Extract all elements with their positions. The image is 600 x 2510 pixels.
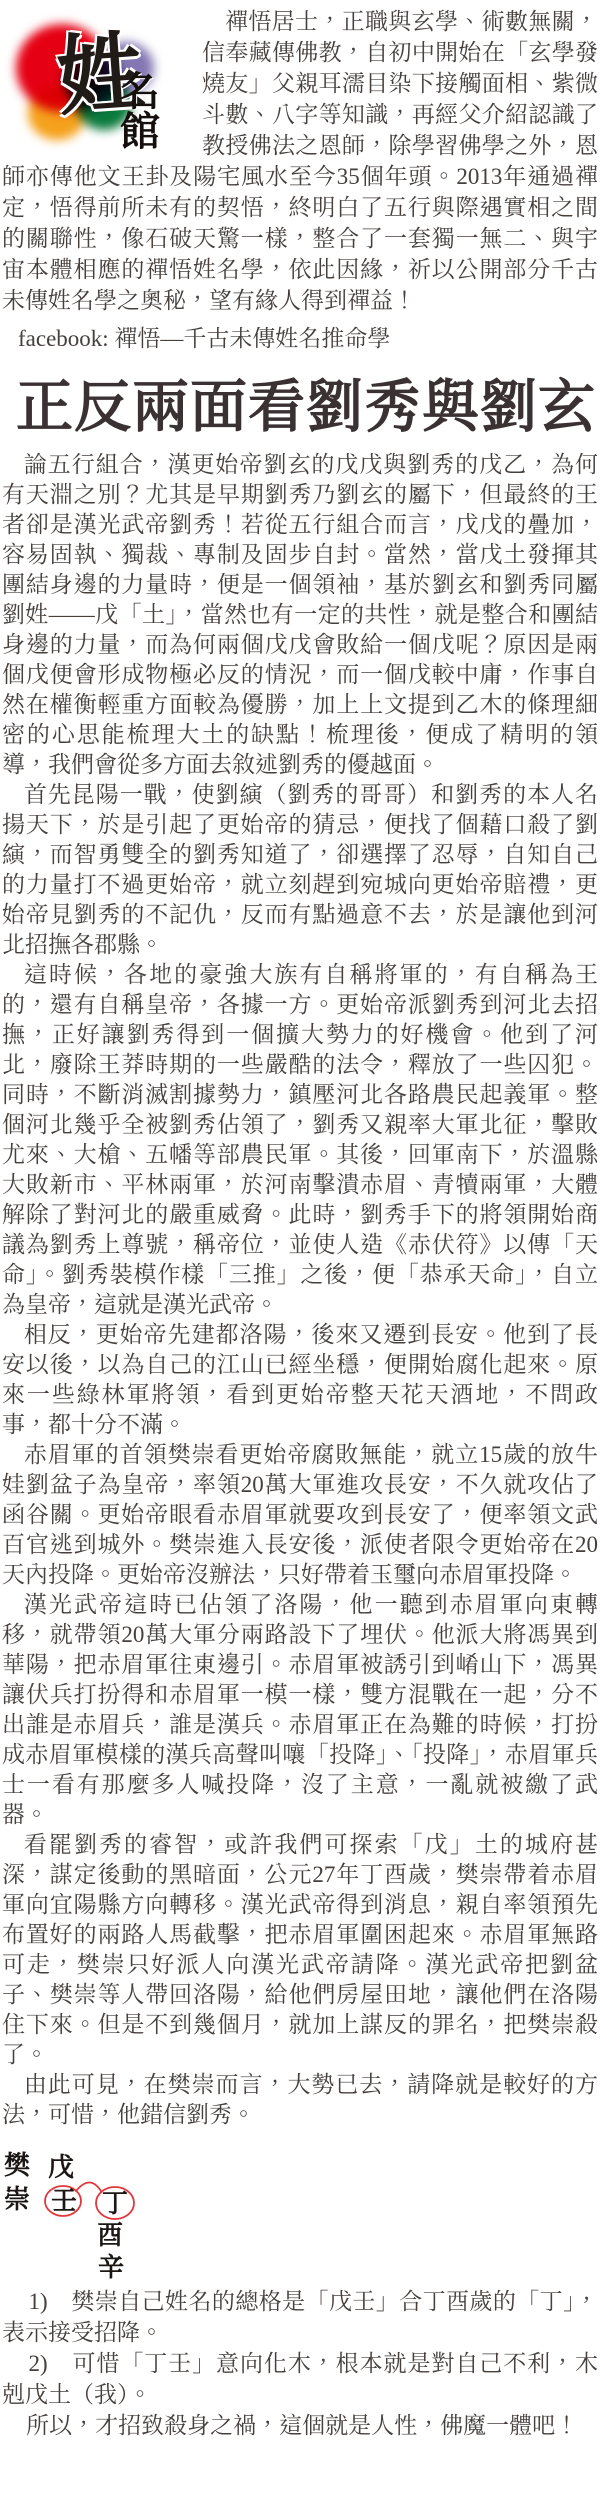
article-paragraph: 論五行組合，漢更始帝劉玄的戊戊與劉秀的戊乙，為何有天淵之別？尤其是早期劉秀乃劉玄… xyxy=(2,450,598,780)
logo-secondary-characters: 名館 xyxy=(120,72,194,152)
analysis-notes: 1) 樊崇自己姓名的總格是「戊壬」合丁酉歲的「丁」，表示接受招降。 2) 可惜「… xyxy=(2,2286,598,2441)
article-page: 姓 名館 禪悟居士，正職與玄學、術數無關，信奉藏傳佛教，自初中開始在「玄學發燒友… xyxy=(0,0,600,2451)
site-logo: 姓 名館 xyxy=(2,10,194,158)
diagram-hidden-stem-xin: 辛 xyxy=(98,2254,124,2280)
note-1: 1) 樊崇自己姓名的總格是「戊壬」合丁酉歲的「丁」，表示接受招降。 xyxy=(2,2286,598,2348)
closing-remark: 所以，才招致殺身之禍，這個就是人性，佛魔一體吧！ xyxy=(2,2410,598,2441)
article-paragraph: 這時候，各地的豪強大族有自稱將軍的，有自稱為王的，還有自稱皇帝，各據一方。更始帝… xyxy=(2,960,598,1320)
article-paragraph: 漢光武帝這時已佔領了洛陽，他一聽到赤眉軍向東轉移，就帶領20萬大軍分兩路設下了埋… xyxy=(2,1590,598,1830)
article-paragraph: 相反，更始帝先建都洛陽，後來又遷到長安。他到了長安以後，以為自己的江山已經坐穩，… xyxy=(2,1320,598,1440)
article-paragraph: 首先昆陽一戰，使劉縯（劉秀的哥哥）和劉秀的本人名揚天下，於是引起了更始帝的猜忌，… xyxy=(2,780,598,960)
article-paragraph: 看罷劉秀的睿智，或許我們可探索「戊」土的城府甚深，謀定後動的黑暗面，公元27年丁… xyxy=(2,1830,598,2070)
diagram-surname-char-2: 崇 xyxy=(4,2186,30,2212)
diagram-stem-wu: 戊 xyxy=(48,2154,74,2180)
diagram-stem-ding-circled: 丁 xyxy=(102,2190,128,2216)
article-title: 正反兩面看劉秀與劉玄 xyxy=(2,370,598,444)
facebook-line: facebook: 禪悟—千古未傳姓名推命學 xyxy=(2,324,598,354)
page-header: 姓 名館 禪悟居士，正職與玄學、術數無關，信奉藏傳佛教，自初中開始在「玄學發燒友… xyxy=(2,6,598,354)
bazi-name-diagram: 樊 崇 戊 壬 丁 酉 辛 xyxy=(2,2144,598,2286)
article-paragraph: 由此可見，在樊崇而言，大勢已去，請降就是較好的方法，可惜，他錯信劉秀。 xyxy=(2,2070,598,2130)
diagram-branch-you: 酉 xyxy=(97,2222,123,2248)
article-paragraph: 赤眉軍的首領樊崇看更始帝腐敗無能，就立15歲的放牛娃劉盆子為皇帝，率領20萬大軍… xyxy=(2,1440,598,1590)
diagram-stem-ren-circled: 壬 xyxy=(51,2188,77,2214)
note-2: 2) 可惜「丁壬」意向化木，根本就是對自己不利，木剋戊土（我）。 xyxy=(2,2348,598,2410)
diagram-surname-char-1: 樊 xyxy=(4,2152,30,2178)
article-body: 論五行組合，漢更始帝劉玄的戊戊與劉秀的戊乙，為何有天淵之別？尤其是早期劉秀乃劉玄… xyxy=(2,450,598,2130)
